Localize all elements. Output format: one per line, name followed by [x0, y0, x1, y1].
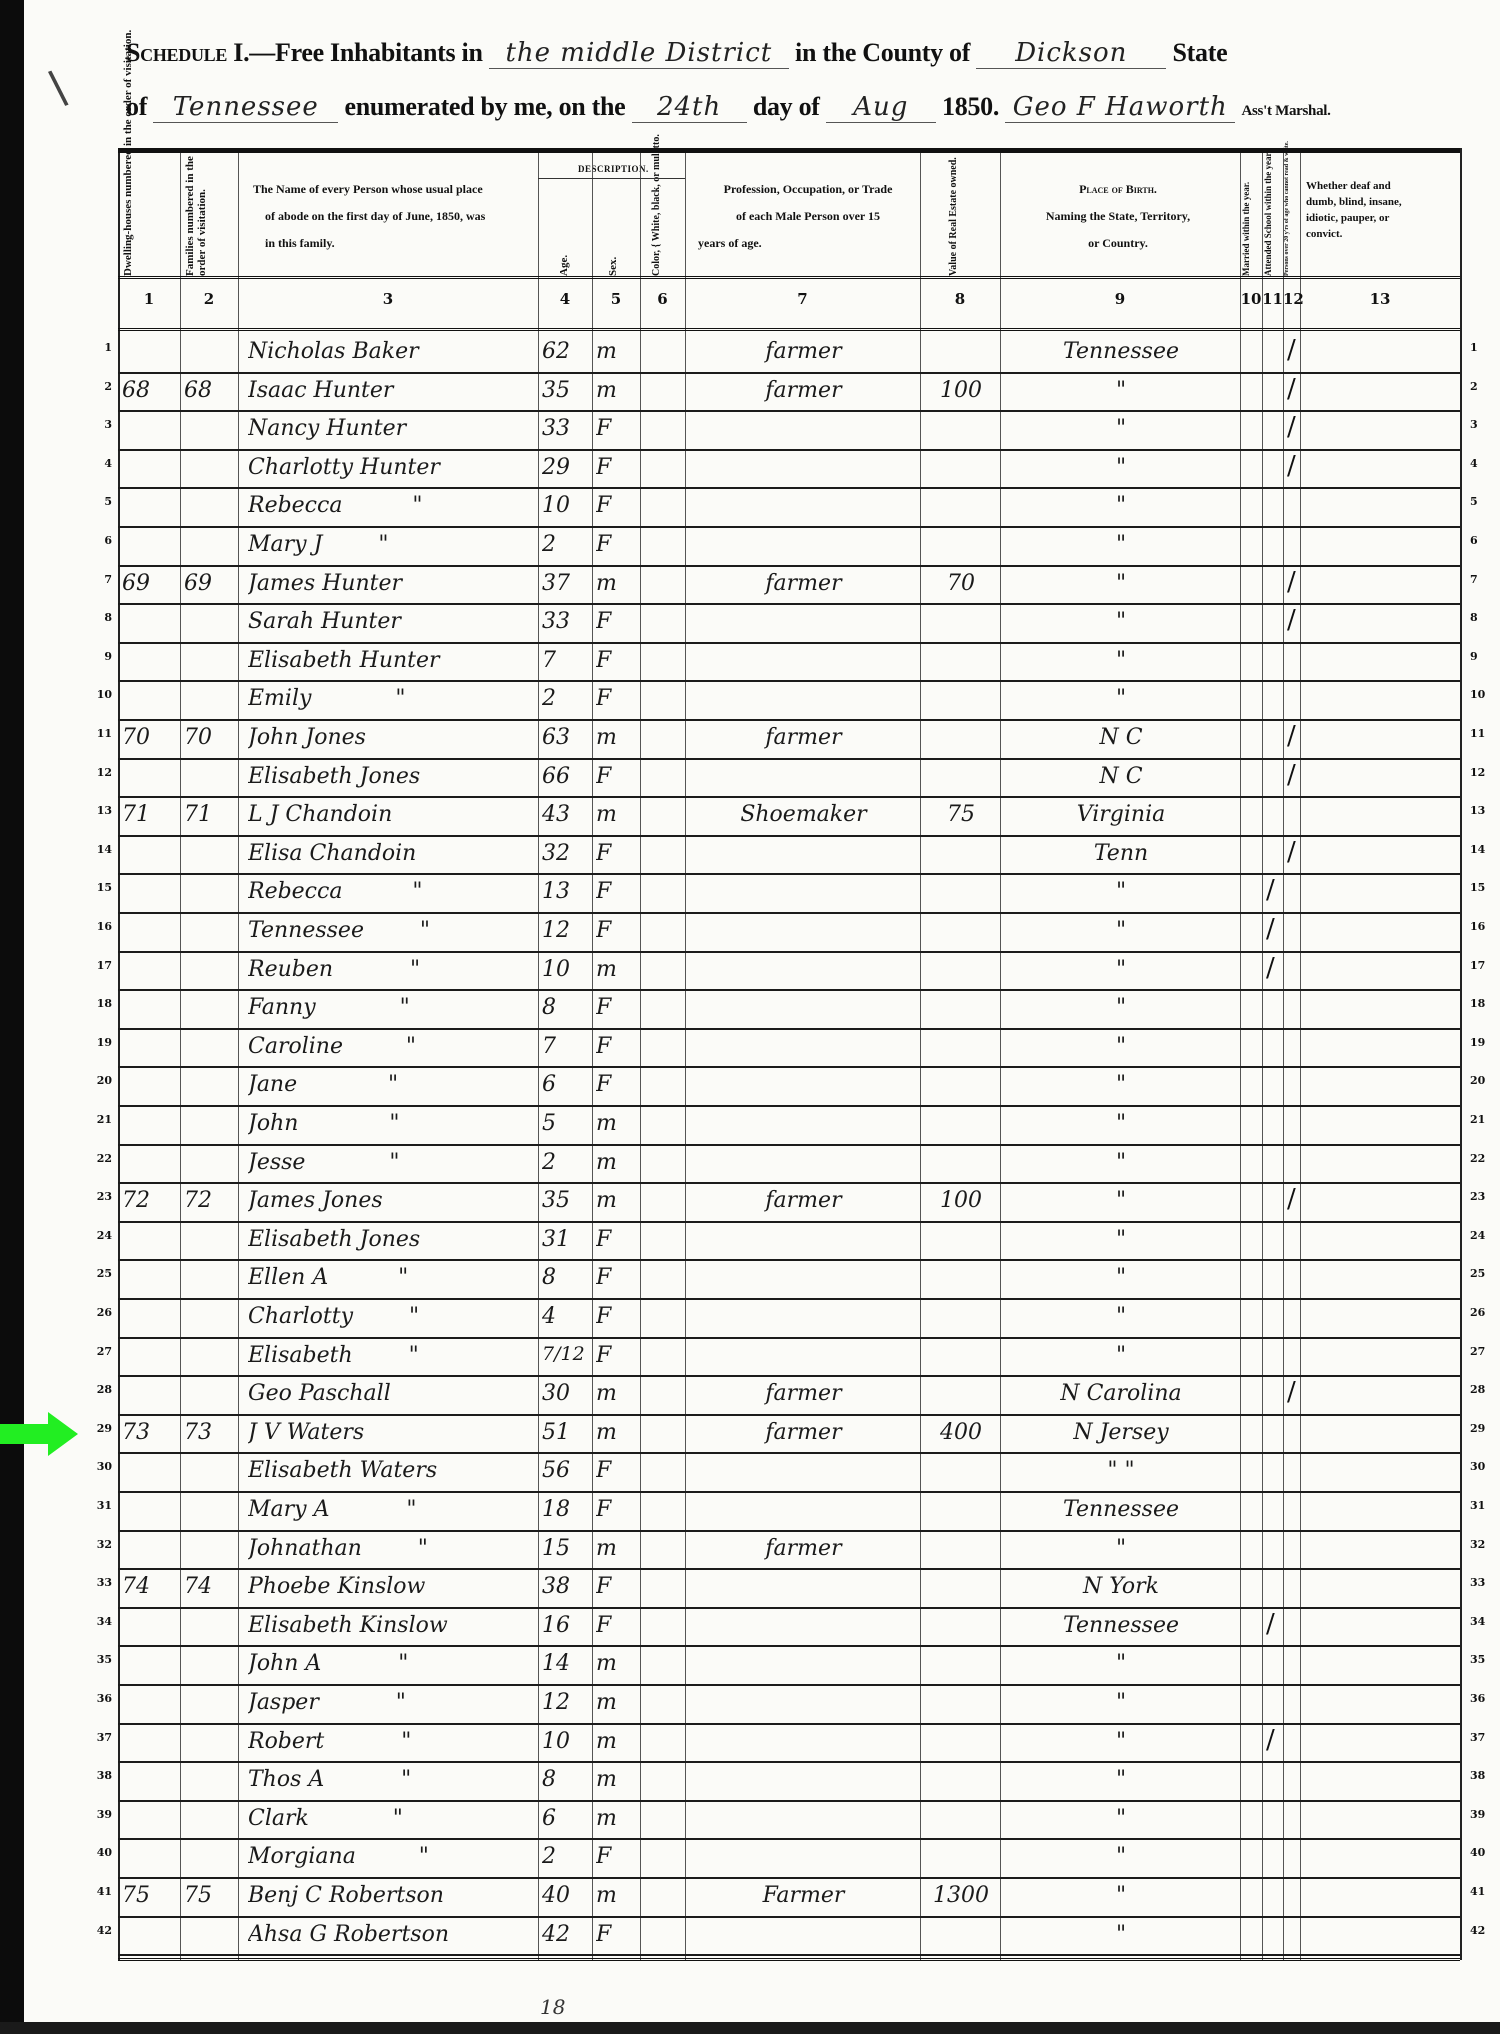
- row-number-right: 20: [1470, 1074, 1500, 1087]
- row-number-right: 27: [1470, 1345, 1500, 1358]
- column-number: 5: [592, 290, 640, 308]
- row-number-left: 1: [82, 341, 112, 354]
- real-estate-cell: 400: [924, 1420, 998, 1445]
- row-number-right: 16: [1470, 920, 1500, 933]
- row-number-left: 33: [82, 1576, 112, 1589]
- table-row[interactable]: Mary A "18FTennessee: [118, 1491, 1460, 1530]
- name-cell: Phoebe Kinslow: [248, 1574, 542, 1599]
- table-row[interactable]: Jesse "2m": [118, 1144, 1460, 1183]
- column-rule: [1460, 148, 1462, 1960]
- illiterate-cell: /: [1287, 1377, 1298, 1407]
- dwelling-cell: 68: [122, 378, 178, 403]
- name-cell: Emily ": [248, 686, 542, 711]
- row-number-left: 5: [82, 495, 112, 508]
- column-number: 1: [118, 290, 180, 308]
- sex-cell: m: [596, 1883, 638, 1908]
- sex-cell: m: [596, 957, 638, 982]
- row-number-left: 19: [82, 1036, 112, 1049]
- column-number: 7: [685, 290, 920, 308]
- real-estate-cell: 70: [924, 571, 998, 596]
- age-cell: 30: [542, 1381, 590, 1406]
- name-cell: Elisabeth ": [248, 1343, 542, 1368]
- row-rule: [118, 276, 1460, 282]
- row-number-left: 17: [82, 959, 112, 972]
- table-row[interactable]: Elisabeth "7/12F": [118, 1337, 1460, 1376]
- illiterate-cell: /: [1287, 451, 1298, 481]
- county-field[interactable]: Dickson: [976, 38, 1166, 69]
- sex-cell: m: [596, 1111, 638, 1136]
- age-cell: 2: [542, 1844, 590, 1869]
- row-number-left: 34: [82, 1615, 112, 1628]
- birthplace-cell: ": [1004, 1227, 1238, 1252]
- col10-header: Married within the year.: [1240, 182, 1252, 276]
- age-cell: 43: [542, 802, 590, 827]
- age-cell: 2: [542, 532, 590, 557]
- name-cell: Benj C Robertson: [248, 1883, 542, 1908]
- birthplace-cell: ": [1004, 1883, 1238, 1908]
- row-number-left: 24: [82, 1229, 112, 1242]
- age-cell: 12: [542, 918, 590, 943]
- name-cell: L J Chandoin: [248, 802, 542, 827]
- col13-header-line3: idiotic, pauper, or: [1306, 210, 1456, 226]
- occupation-cell: farmer: [689, 1188, 918, 1213]
- sex-cell: F: [596, 995, 638, 1020]
- col4-header-text: Age.: [558, 255, 570, 276]
- row-number-right: 26: [1470, 1306, 1500, 1319]
- row-number-right: 17: [1470, 959, 1500, 972]
- age-cell: 56: [542, 1458, 590, 1483]
- row-number-left: 16: [82, 920, 112, 933]
- title-line-2: of Tennessee enumerated by me, on the 24…: [126, 92, 1331, 123]
- row-number-left: 18: [82, 997, 112, 1010]
- name-cell: John ": [248, 1111, 542, 1136]
- sex-cell: m: [596, 1188, 638, 1213]
- district-field[interactable]: the middle District: [489, 38, 789, 69]
- name-cell: Robert ": [248, 1729, 542, 1754]
- table-row[interactable]: Tennessee "12F"/: [118, 912, 1460, 951]
- row-number-left: 36: [82, 1692, 112, 1705]
- name-cell: Clark ": [248, 1806, 542, 1831]
- col6-header-text: Color, { White, black, or mulatto.: [651, 134, 662, 276]
- age-cell: 2: [542, 686, 590, 711]
- table-row[interactable]: Mary J "2F": [118, 526, 1460, 565]
- col3-header-line1: The Name of every Person whose usual pla…: [253, 176, 485, 203]
- occupation-cell: farmer: [689, 378, 918, 403]
- sex-cell: F: [596, 1613, 638, 1638]
- row-number-right: 14: [1470, 843, 1500, 856]
- age-cell: 33: [542, 609, 590, 634]
- age-cell: 63: [542, 725, 590, 750]
- name-cell: Fanny ": [248, 995, 542, 1020]
- illiterate-cell: /: [1287, 374, 1298, 404]
- age-cell: 62: [542, 339, 590, 364]
- col5-header-text: Sex.: [607, 257, 619, 276]
- age-cell: 42: [542, 1922, 590, 1947]
- row-number-right: 13: [1470, 804, 1500, 817]
- table-row[interactable]: Jasper "12m": [118, 1684, 1460, 1723]
- birthplace-cell: ": [1004, 1188, 1238, 1213]
- col4-header: Age.: [558, 255, 570, 276]
- age-cell: 33: [542, 416, 590, 441]
- name-cell: Elisabeth Hunter: [248, 648, 542, 673]
- table-row[interactable]: 7272James Jones35mfarmer100"/: [118, 1182, 1460, 1221]
- table-row[interactable]: 6868Isaac Hunter35mfarmer100"/: [118, 372, 1460, 411]
- col11-header: Attended School within the year.: [1262, 151, 1274, 276]
- col13-header: Whether deaf and dumb, blind, insane, id…: [1306, 178, 1456, 242]
- table-row[interactable]: Robert "10m"/: [118, 1723, 1460, 1762]
- dwelling-cell: 73: [122, 1420, 178, 1445]
- dwelling-cell: 75: [122, 1883, 178, 1908]
- name-cell: James Hunter: [248, 571, 542, 596]
- table-row[interactable]: Rebecca "10F": [118, 487, 1460, 526]
- name-cell: Reuben ": [248, 957, 542, 982]
- row-number-left: 21: [82, 1113, 112, 1126]
- green-arrow-icon: [0, 1412, 80, 1456]
- occupation-cell: farmer: [689, 725, 918, 750]
- row-number-right: 19: [1470, 1036, 1500, 1049]
- row-number-right: 38: [1470, 1769, 1500, 1782]
- col12-header-text: Persons over 20 y'rs of age who cannot r…: [1284, 141, 1290, 276]
- row-number-right: 39: [1470, 1808, 1500, 1821]
- col11-header-text: Attended School within the year.: [1263, 151, 1273, 276]
- table-row[interactable]: Sarah Hunter33F"/: [118, 603, 1460, 642]
- illiterate-cell: /: [1287, 605, 1298, 635]
- table-row[interactable]: 7171L J Chandoin43mShoemaker75Virginia: [118, 796, 1460, 835]
- column-number: 2: [180, 290, 238, 308]
- table-row[interactable]: Johnathan "15mfarmer": [118, 1530, 1460, 1569]
- name-cell: Jane ": [248, 1072, 542, 1097]
- illiterate-cell: /: [1287, 760, 1298, 790]
- row-number-left: 31: [82, 1499, 112, 1512]
- row-number-right: 32: [1470, 1538, 1500, 1551]
- col9-header-line1: Place of Birth.: [1003, 176, 1233, 203]
- age-cell: 8: [542, 1767, 590, 1792]
- sex-cell: m: [596, 1729, 638, 1754]
- birthplace-cell: ": [1004, 1536, 1238, 1561]
- description-group-header: DESCRIPTION.: [578, 164, 649, 174]
- table-row[interactable]: Elisabeth Hunter7F": [118, 642, 1460, 681]
- birthplace-cell: ": [1004, 957, 1238, 982]
- row-number-right: 33: [1470, 1576, 1500, 1589]
- table-row[interactable]: John A "14m": [118, 1645, 1460, 1684]
- name-cell: John A ": [248, 1651, 542, 1676]
- column-number: 10: [1240, 290, 1262, 308]
- birthplace-cell: N Jersey: [1004, 1420, 1238, 1445]
- scan-border-bottom: [0, 2022, 1500, 2034]
- row-number-right: 9: [1470, 650, 1500, 663]
- school-cell: /: [1266, 953, 1281, 983]
- name-cell: J V Waters: [248, 1420, 542, 1445]
- age-cell: 35: [542, 378, 590, 403]
- census-table: Dwelling-houses numbered in the order of…: [118, 148, 1460, 1960]
- sex-cell: m: [596, 571, 638, 596]
- name-cell: Charlotty Hunter: [248, 455, 542, 480]
- row-number-left: 4: [82, 457, 112, 470]
- name-cell: Mary J ": [248, 532, 542, 557]
- col9-header: Place of Birth. Naming the State, Territ…: [1003, 176, 1233, 257]
- table-row[interactable]: Fanny "8F": [118, 989, 1460, 1028]
- family-cell: 71: [184, 802, 236, 827]
- real-estate-cell: 100: [924, 378, 998, 403]
- row-number-right: 5: [1470, 495, 1500, 508]
- row-number-left: 28: [82, 1383, 112, 1396]
- col10-header-text: Married within the year.: [1241, 182, 1251, 276]
- column-number: 4: [538, 290, 592, 308]
- table-row[interactable]: Elisabeth Kinslow16FTennessee/: [118, 1607, 1460, 1646]
- col7-header-line1: Profession, Occupation, or Trade: [698, 176, 918, 203]
- row-number-right: 34: [1470, 1615, 1500, 1628]
- col9-header-line3: or Country.: [1003, 230, 1233, 257]
- col6-header: Color, { White, black, or mulatto.: [651, 134, 663, 276]
- sex-cell: m: [596, 1767, 638, 1792]
- birthplace-cell: ": [1004, 571, 1238, 596]
- birthplace-cell: ": [1004, 493, 1238, 518]
- table-row[interactable]: Reuben "10m"/: [118, 951, 1460, 990]
- sex-cell: F: [596, 1034, 638, 1059]
- row-number-left: 27: [82, 1345, 112, 1358]
- sex-cell: F: [596, 918, 638, 943]
- family-cell: 70: [184, 725, 236, 750]
- dwelling-cell: 70: [122, 725, 178, 750]
- birthplace-cell: N Carolina: [1004, 1381, 1238, 1406]
- birthplace-cell: ": [1004, 1111, 1238, 1136]
- row-number-left: 32: [82, 1538, 112, 1551]
- col2-header-text: Families numbered in the order of visita…: [184, 156, 208, 276]
- birthplace-cell: ": [1004, 1767, 1238, 1792]
- table-row[interactable]: Emily "2F": [118, 680, 1460, 719]
- name-cell: Mary A ": [248, 1497, 542, 1522]
- col2-header: Families numbered in the order of visita…: [184, 156, 208, 276]
- scan-border-left: [0, 0, 24, 2034]
- school-cell: /: [1266, 1725, 1281, 1755]
- sex-cell: F: [596, 1265, 638, 1290]
- table-row[interactable]: 6969James Hunter37mfarmer70"/: [118, 565, 1460, 604]
- row-number-right: 24: [1470, 1229, 1500, 1242]
- table-row[interactable]: Elisa Chandoin32FTenn/: [118, 835, 1460, 874]
- col3-header: The Name of every Person whose usual pla…: [253, 176, 485, 257]
- row-number-left: 8: [82, 611, 112, 624]
- sex-cell: m: [596, 339, 638, 364]
- sex-cell: m: [596, 378, 638, 403]
- sex-cell: m: [596, 1381, 638, 1406]
- birthplace-cell: ": [1004, 1844, 1238, 1869]
- col7-header-line2: of each Male Person over 15: [698, 203, 918, 230]
- table-row[interactable]: Rebecca "13F"/: [118, 873, 1460, 912]
- table-row[interactable]: John "5m": [118, 1105, 1460, 1144]
- birthplace-cell: ": [1004, 455, 1238, 480]
- illiterate-cell: /: [1287, 837, 1298, 867]
- family-cell: 75: [184, 1883, 236, 1908]
- age-cell: 12: [542, 1690, 590, 1715]
- month-field[interactable]: Aug: [826, 92, 936, 123]
- row-number-left: 9: [82, 650, 112, 663]
- table-row[interactable]: Thos A "8m": [118, 1761, 1460, 1800]
- birthplace-cell: Tennessee: [1004, 339, 1238, 364]
- school-cell: /: [1266, 1609, 1281, 1639]
- name-cell: Elisa Chandoin: [248, 841, 542, 866]
- name-cell: Morgiana ": [248, 1844, 542, 1869]
- column-number: 6: [640, 290, 685, 308]
- col13-header-line4: convict.: [1306, 226, 1456, 242]
- birthplace-cell: ": [1004, 1690, 1238, 1715]
- sex-cell: F: [596, 416, 638, 441]
- row-rule: [118, 148, 1460, 153]
- age-cell: 40: [542, 1883, 590, 1908]
- table-row[interactable]: 7575Benj C Robertson40mFarmer1300": [118, 1877, 1460, 1916]
- enumerated-label: enumerated by me, on the: [344, 92, 625, 121]
- column-number: 12: [1283, 290, 1300, 308]
- birthplace-cell: ": [1004, 648, 1238, 673]
- row-number-right: 36: [1470, 1692, 1500, 1705]
- col3-header-line2: of abode on the first day of June, 1850,…: [253, 203, 485, 230]
- birthplace-cell: Tennessee: [1004, 1613, 1238, 1638]
- occupation-cell: Farmer: [689, 1883, 918, 1908]
- column-number: 11: [1262, 290, 1283, 308]
- sex-cell: m: [596, 1536, 638, 1561]
- age-cell: 7: [542, 1034, 590, 1059]
- table-row[interactable]: 7474Phoebe Kinslow38FN York: [118, 1568, 1460, 1607]
- name-cell: Nancy Hunter: [248, 416, 542, 441]
- row-number-left: 22: [82, 1152, 112, 1165]
- sex-cell: F: [596, 1844, 638, 1869]
- row-number-left: 20: [82, 1074, 112, 1087]
- table-row[interactable]: Nancy Hunter33F"/: [118, 410, 1460, 449]
- name-cell: Geo Paschall: [248, 1381, 542, 1406]
- age-cell: 10: [542, 957, 590, 982]
- birthplace-cell: ": [1004, 995, 1238, 1020]
- year-label: 1850.: [942, 92, 999, 121]
- description-rule: [538, 178, 685, 179]
- age-cell: 4: [542, 1304, 590, 1329]
- row-number-right: 6: [1470, 534, 1500, 547]
- sex-cell: F: [596, 879, 638, 904]
- marshal-name-field[interactable]: Geo F Haworth: [1005, 92, 1235, 123]
- row-number-right: 15: [1470, 881, 1500, 894]
- table-row[interactable]: Morgiana "2F": [118, 1838, 1460, 1877]
- table-row[interactable]: Clark "6m": [118, 1800, 1460, 1839]
- row-number-right: 35: [1470, 1653, 1500, 1666]
- day-field[interactable]: 24th: [632, 92, 747, 123]
- table-row[interactable]: Jane "6F": [118, 1066, 1460, 1105]
- sex-cell: F: [596, 1922, 638, 1947]
- row-number-left: 11: [82, 727, 112, 740]
- table-row[interactable]: 7373J V Waters51mfarmer400N Jersey: [118, 1414, 1460, 1453]
- table-row[interactable]: Elisabeth Jones66FN C/: [118, 758, 1460, 797]
- sex-cell: F: [596, 686, 638, 711]
- state-field[interactable]: Tennessee: [153, 92, 338, 123]
- school-cell: /: [1266, 914, 1281, 944]
- sex-cell: F: [596, 532, 638, 557]
- row-number-right: 28: [1470, 1383, 1500, 1396]
- table-row[interactable]: Elisabeth Waters56F" ": [118, 1452, 1460, 1491]
- birthplace-cell: ": [1004, 1265, 1238, 1290]
- name-cell: Elisabeth Jones: [248, 1227, 542, 1252]
- row-number-right: 4: [1470, 457, 1500, 470]
- birthplace-cell: Tenn: [1004, 841, 1238, 866]
- table-row[interactable]: Ellen A "8F": [118, 1259, 1460, 1298]
- family-cell: 74: [184, 1574, 236, 1599]
- footer-tally-text: 18: [540, 1995, 565, 2019]
- table-row[interactable]: Ahsa G Robertson42F": [118, 1916, 1460, 1955]
- sex-cell: m: [596, 1690, 638, 1715]
- name-cell: Rebecca ": [248, 879, 542, 904]
- birthplace-cell: ": [1004, 1034, 1238, 1059]
- row-number-right: 11: [1470, 727, 1500, 740]
- column-number: 13: [1300, 290, 1460, 308]
- row-number-right: 42: [1470, 1924, 1500, 1937]
- age-cell: 5: [542, 1111, 590, 1136]
- table-row[interactable]: Charlotty "4F": [118, 1298, 1460, 1337]
- birthplace-cell: ": [1004, 918, 1238, 943]
- age-cell: 6: [542, 1072, 590, 1097]
- family-cell: 72: [184, 1188, 236, 1213]
- age-cell: 14: [542, 1651, 590, 1676]
- name-cell: Sarah Hunter: [248, 609, 542, 634]
- table-row[interactable]: 7070John Jones63mfarmerN C/: [118, 719, 1460, 758]
- name-cell: Elisabeth Kinslow: [248, 1613, 542, 1638]
- county-label: in the County of: [795, 38, 970, 67]
- age-cell: 8: [542, 995, 590, 1020]
- table-row[interactable]: Geo Paschall30mfarmerN Carolina/: [118, 1375, 1460, 1414]
- occupation-cell: farmer: [689, 1420, 918, 1445]
- occupation-cell: Shoemaker: [689, 802, 918, 827]
- table-row[interactable]: Elisabeth Jones31F": [118, 1221, 1460, 1260]
- illiterate-cell: /: [1287, 567, 1298, 597]
- dwelling-cell: 72: [122, 1188, 178, 1213]
- illiterate-cell: /: [1287, 412, 1298, 442]
- col8-header: Value of Real Estate owned.: [948, 157, 960, 276]
- sex-cell: m: [596, 1806, 638, 1831]
- birthplace-cell: N C: [1004, 725, 1238, 750]
- sex-cell: F: [596, 1458, 638, 1483]
- age-cell: 13: [542, 879, 590, 904]
- birthplace-cell: Virginia: [1004, 802, 1238, 827]
- name-cell: James Jones: [248, 1188, 542, 1213]
- row-number-left: 15: [82, 881, 112, 894]
- col7-header-line3: years of age.: [698, 230, 918, 257]
- age-cell: 2: [542, 1150, 590, 1175]
- row-number-right: 30: [1470, 1460, 1500, 1473]
- birthplace-cell: ": [1004, 686, 1238, 711]
- col9-header-line2: Naming the State, Territory,: [1003, 203, 1233, 230]
- name-cell: Johnathan ": [248, 1536, 542, 1561]
- age-cell: 66: [542, 764, 590, 789]
- sex-cell: m: [596, 725, 638, 750]
- sex-cell: F: [596, 841, 638, 866]
- table-row[interactable]: Caroline "7F": [118, 1028, 1460, 1067]
- marshal-label: Ass't Marshal.: [1241, 103, 1330, 119]
- row-number-left: 14: [82, 843, 112, 856]
- row-number-right: 37: [1470, 1731, 1500, 1744]
- age-cell: 6: [542, 1806, 590, 1831]
- table-row[interactable]: Charlotty Hunter29F"/: [118, 449, 1460, 488]
- row-number-left: 42: [82, 1924, 112, 1937]
- name-cell: Isaac Hunter: [248, 378, 542, 403]
- age-cell: 7: [542, 648, 590, 673]
- family-cell: 69: [184, 571, 236, 596]
- row-number-right: 7: [1470, 573, 1500, 586]
- table-row[interactable]: Nicholas Baker62mfarmerTennessee/: [118, 333, 1460, 372]
- col5-header: Sex.: [607, 257, 619, 276]
- row-number-left: 7: [82, 573, 112, 586]
- sex-cell: F: [596, 609, 638, 634]
- age-cell: 10: [542, 493, 590, 518]
- name-cell: Ellen A ": [248, 1265, 542, 1290]
- row-number-right: 1: [1470, 341, 1500, 354]
- birthplace-cell: ": [1004, 609, 1238, 634]
- name-cell: Nicholas Baker: [248, 339, 542, 364]
- birthplace-cell: ": [1004, 1150, 1238, 1175]
